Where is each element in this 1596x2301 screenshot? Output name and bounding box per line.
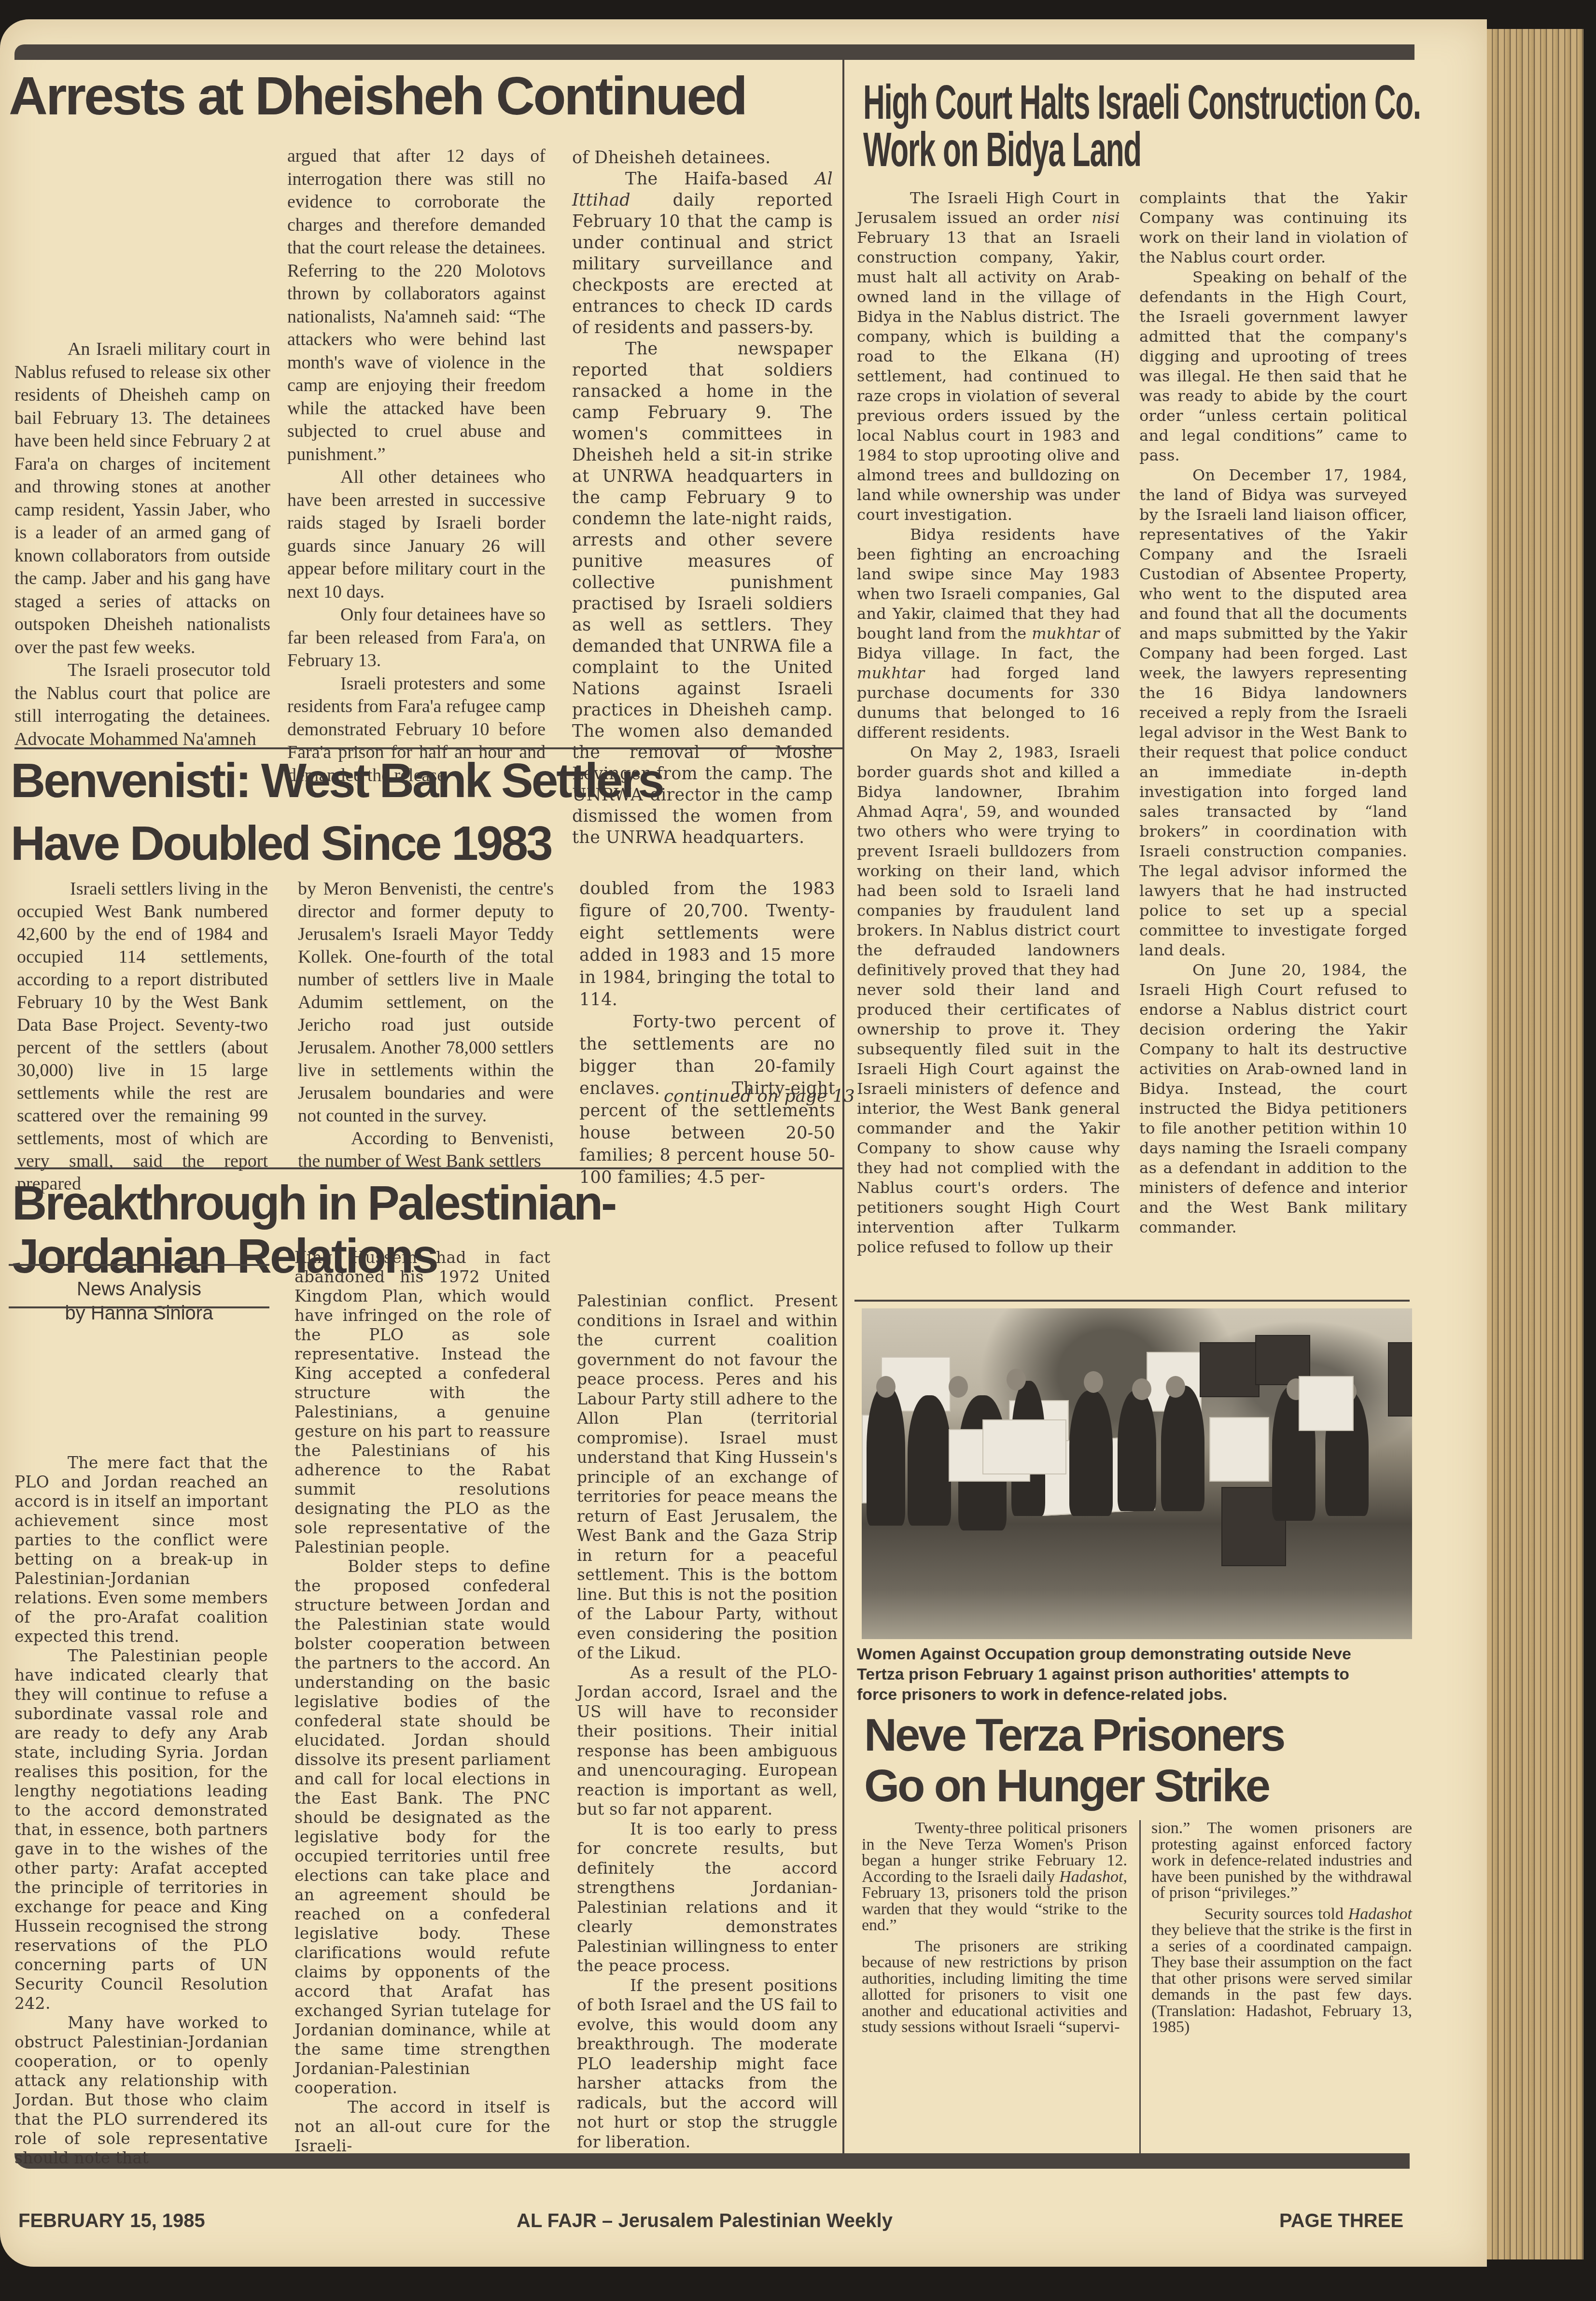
arrests-headline: Arrests at Dheisheh Continued: [9, 68, 746, 125]
benvenisti-bottom-divider: [14, 1167, 842, 1169]
photo-caption: Women Against Occupation group demonstra…: [857, 1644, 1393, 1705]
column-divider: [842, 60, 844, 2153]
high-court-headline-2: Work on Bidya Land: [863, 125, 1141, 175]
arrests-col-2: argued that after 12 days of interrogati…: [287, 145, 546, 787]
benvenisti-headline-2: Have Doubled Since 1983: [11, 818, 551, 869]
continued-on-page-13: continued on page 13: [664, 1086, 855, 1106]
breakthrough-headline-1: Breakthrough in Palestinian-: [12, 1178, 615, 1229]
top-rule: [14, 44, 1414, 60]
protest-photo: [862, 1308, 1412, 1639]
byline-rule-bottom: [9, 1306, 269, 1308]
high-court-col-1: The Israeli High Court in Jerusalem issu…: [857, 188, 1120, 1257]
book-page-edges: [1487, 29, 1583, 2259]
footer-date: FEBRUARY 15, 1985: [18, 2210, 205, 2232]
arrests-col-3: of Dheisheh detainees. The Haifa-based A…: [572, 147, 833, 848]
neve-terza-col-2: sion.” The women prisoners are protestin…: [1151, 1820, 1412, 2035]
breakthrough-col-2: King Hussein had in fact abandoned his 1…: [294, 1248, 550, 2156]
byline: News Analysis by Hanna Siniora: [9, 1277, 269, 1325]
neve-terza-col-1: Twenty-three political prisoners in the …: [862, 1820, 1127, 2035]
breakthrough-col-1: The mere fact that the PLO and Jordan re…: [14, 1453, 268, 2168]
benvenisti-headline-1: Benvenisti: West Bank Settlers: [11, 756, 663, 806]
benvenisti-col-2: by Meron Benvenisti, the centre's direct…: [298, 878, 554, 1173]
high-court-bottom-divider: [854, 1300, 1410, 1302]
benvenisti-col-1: Israeli settlers living in the occupied …: [17, 878, 268, 1195]
byline-rule-top: [9, 1264, 269, 1266]
neve-terza-col-divider: [1139, 1820, 1141, 2153]
high-court-headline-1: High Court Halts Israeli Construction Co…: [863, 77, 1421, 128]
benvenisti-col-3: doubled from the 1983 figure of 20,700. …: [579, 878, 835, 1189]
arrests-col-1: An Israeli military court in Nablus refu…: [14, 338, 270, 751]
breakthrough-col-3: Palestinian conflict. Present conditions…: [577, 1291, 838, 2152]
high-court-col-2: complaints that the Yakir Company was co…: [1139, 188, 1407, 1237]
neve-terza-headline-2: Go on Hunger Strike: [864, 1762, 1269, 1810]
footer-page-number: PAGE THREE: [1279, 2210, 1403, 2232]
footer-publication: AL FAJR – Jerusalem Palestinian Weekly: [517, 2210, 893, 2232]
neve-terza-headline-1: Neve Terza Prisoners: [864, 1712, 1284, 1759]
arrests-bottom-divider: [14, 747, 842, 749]
